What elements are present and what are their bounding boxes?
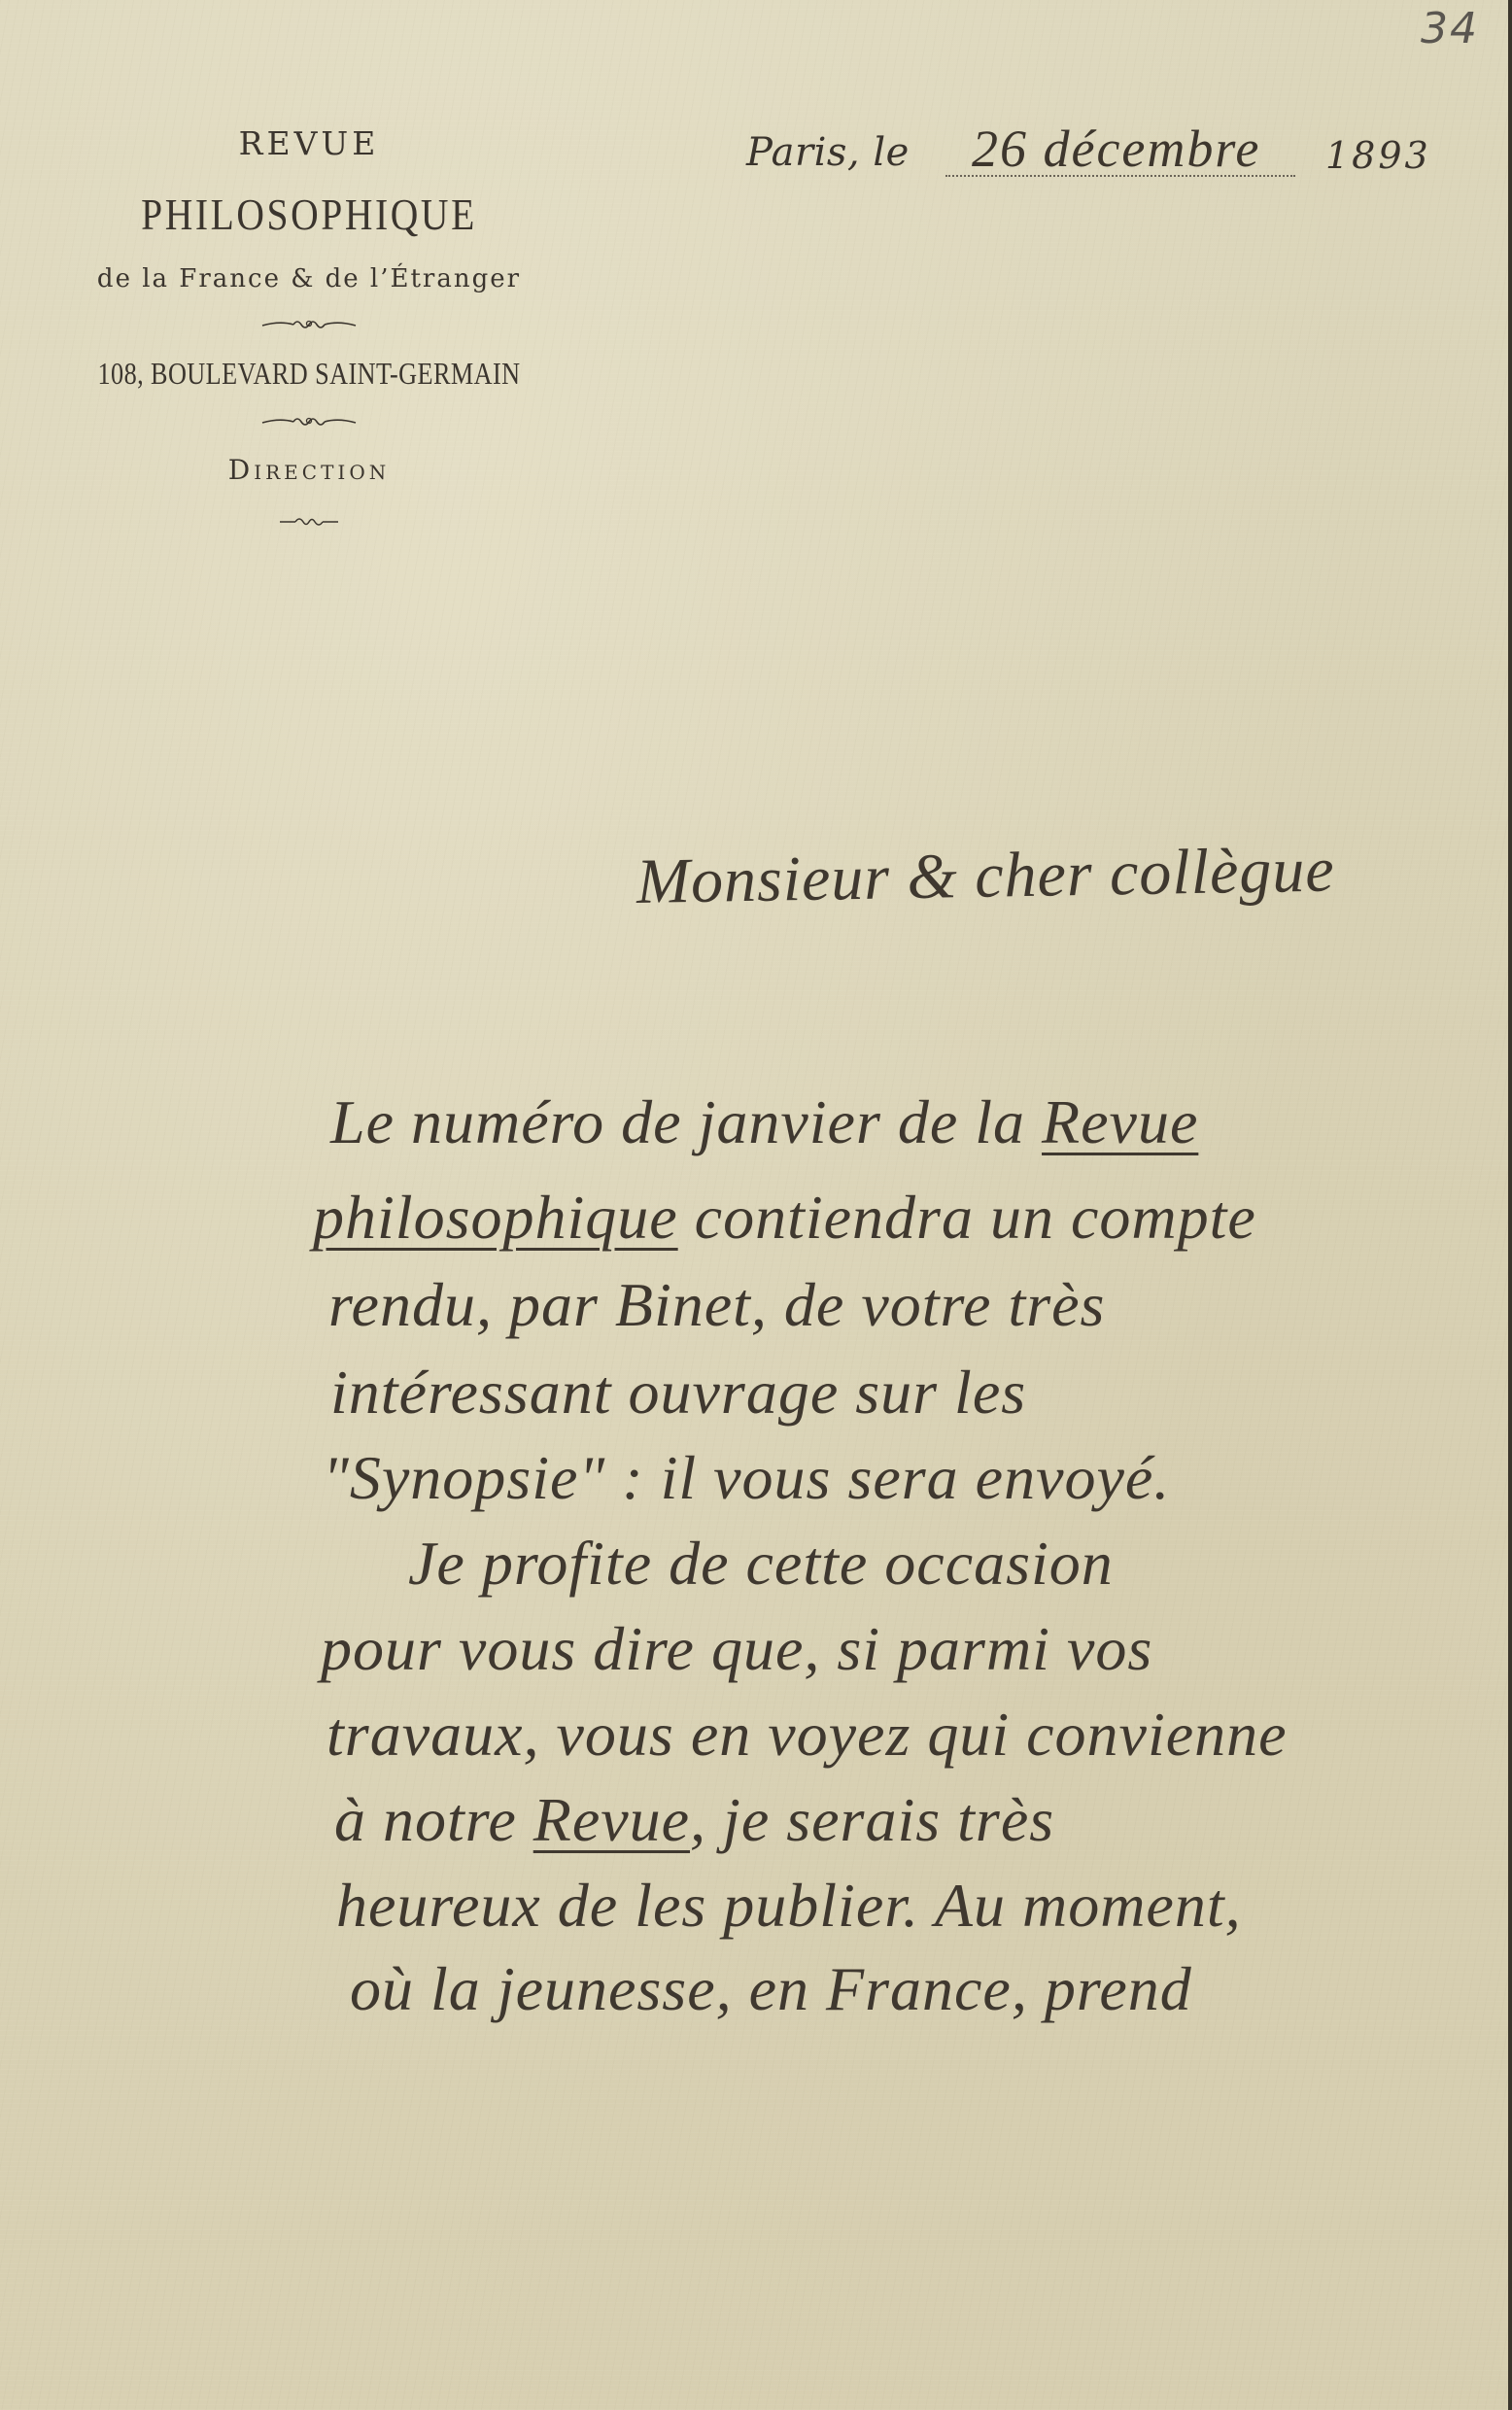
letter-line: à notre Revue, je serais très <box>334 1784 1054 1856</box>
underlined-word: philosophique <box>313 1183 678 1252</box>
letter-line: "Synopsie" : il vous sera envoyé. <box>323 1442 1170 1514</box>
line-text: Le numéro de janvier de la <box>330 1087 1042 1156</box>
salutation: Monsieur & cher collègue <box>636 833 1335 919</box>
underlined-word: Revue <box>1042 1087 1198 1156</box>
line-text: pour vous dire que, si parmi vos <box>321 1614 1152 1683</box>
letter-line: philosophique contiendra un compte <box>313 1182 1256 1254</box>
line-text: , je serais très <box>690 1785 1054 1854</box>
line-text: Je profite de cette occasion <box>408 1529 1114 1598</box>
line-text: contiendra un compte <box>678 1183 1256 1252</box>
letter-line: où la jeunesse, en France, prend <box>350 1953 1192 2025</box>
letter-line: rendu, par Binet, de votre très <box>328 1269 1105 1341</box>
letter-line: travaux, vous en voyez qui convienne <box>326 1699 1288 1771</box>
underlined-word: Revue <box>533 1785 690 1854</box>
line-text: "Synopsie" : il vous sera envoyé. <box>323 1443 1170 1512</box>
line-text: rendu, par Binet, de votre très <box>328 1270 1105 1339</box>
line-text: heureux de les publier. Au moment, <box>336 1871 1242 1940</box>
line-text: où la jeunesse, en France, prend <box>350 1954 1192 2023</box>
line-text: travaux, vous en voyez qui convienne <box>326 1700 1288 1769</box>
letter-line: Le numéro de janvier de la Revue <box>330 1086 1198 1158</box>
letter-line: Je profite de cette occasion <box>408 1528 1114 1600</box>
letter-line: pour vous dire que, si parmi vos <box>321 1613 1152 1685</box>
letter-page: 34 REVUE PHILOSOPHIQUE de la France & de… <box>0 0 1512 2410</box>
letter-line: heureux de les publier. Au moment, <box>336 1870 1242 1942</box>
line-text: à notre <box>334 1785 533 1854</box>
letter-line: intéressant ouvrage sur les <box>330 1357 1026 1429</box>
letter-body: Monsieur & cher collègue Le numéro de ja… <box>0 0 1512 2410</box>
line-text: intéressant ouvrage sur les <box>330 1358 1026 1427</box>
